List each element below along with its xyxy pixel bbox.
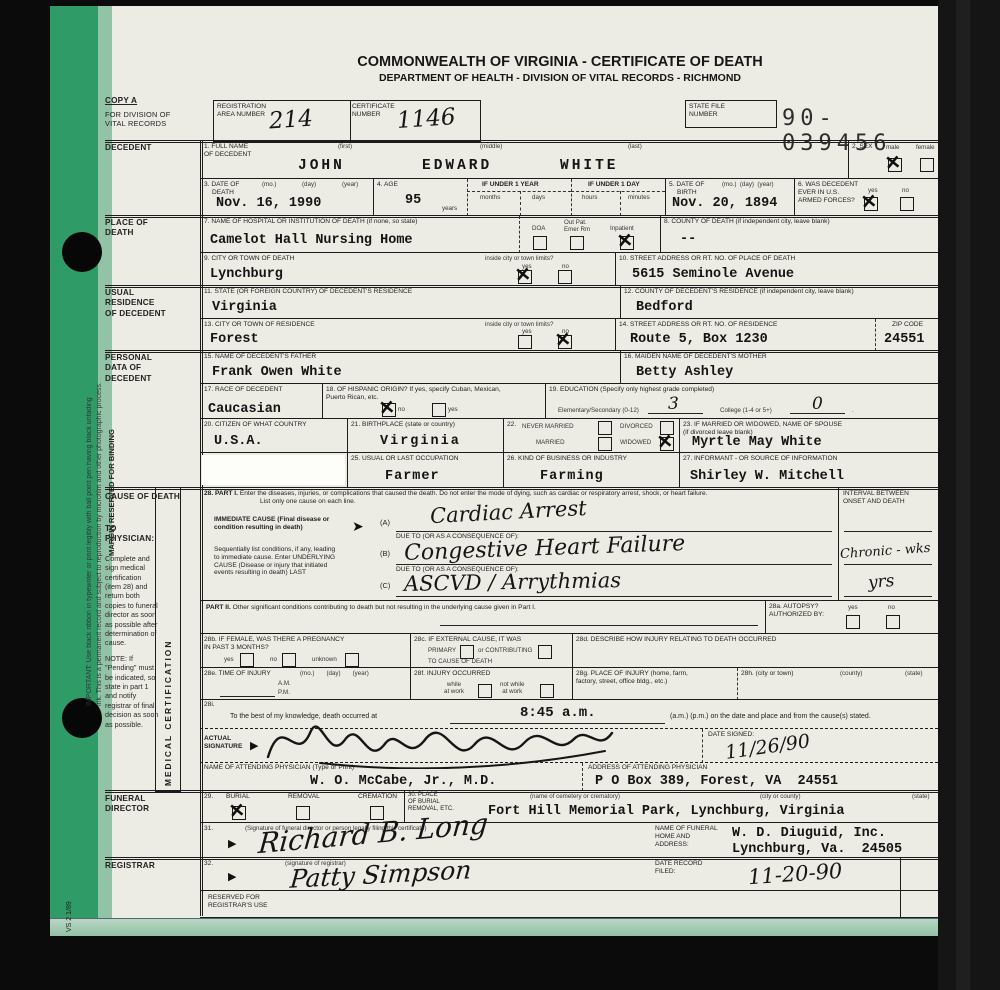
year-sublabel: (year): [342, 181, 358, 188]
cell-border: [794, 179, 795, 216]
date-of-birth-value: Nov. 20, 1894: [672, 196, 777, 211]
part2-head-label: PART II.: [206, 604, 231, 611]
section-label-personal-data: PERSONAL DATA OF DECEDENT: [105, 353, 197, 384]
never-married-checkbox: [598, 421, 612, 435]
physician-name-value: W. O. McCabe, Jr., M.D.: [310, 774, 496, 789]
pregnancy-yes-sublabel: yes: [224, 656, 234, 663]
street-of-death-label: 10. STREET ADDRESS OR RT. NO. OF PLACE O…: [619, 255, 795, 263]
registrar-num: 32.: [204, 860, 213, 868]
limits-no-checkbox: [558, 270, 572, 284]
row-state-residence: 11. STATE (OR FOREIGN COUNTRY) OF DECEDE…: [200, 285, 938, 319]
cell-border: [322, 384, 323, 419]
occupation-value: Farmer: [385, 469, 440, 484]
row-28bcd: 28b. IF FEMALE, WAS THERE A PREGNANCY IN…: [200, 633, 938, 668]
cell-border: [582, 763, 583, 791]
divider: [467, 191, 571, 192]
row-hospital: 7. NAME OF HOSPITAL OR INSTITUTION OF DE…: [200, 215, 938, 253]
limits-no-sublabel: no: [562, 263, 569, 270]
funeral-home-line2: Lynchburg, Va. 24505: [732, 842, 902, 857]
divorced-sublabel: DIVORCED: [620, 423, 653, 430]
citizen-label: 20. CITIZEN OF WHAT COUNTRY: [204, 421, 307, 429]
mo-sublabel: (mo.): [262, 181, 276, 188]
row-signature: ACTUAL SIGNATURE ▶ DATE SIGNED: 11/26/90: [200, 728, 938, 763]
write-line-b: [396, 564, 832, 565]
part1-block: 28. PART I. Enter the diseases, injuries…: [200, 487, 938, 601]
name-last-value: WHITE: [560, 158, 619, 174]
not-while-at-work-sublabel: not while at work: [500, 681, 524, 695]
marital-num: 22.: [507, 421, 516, 429]
city-of-death-value: Lynchburg: [210, 267, 283, 282]
state-sublabel: (state): [912, 793, 930, 800]
occupation-label: 25. USUAL OR LAST OCCUPATION: [351, 455, 458, 463]
certificate-number-box: CERTIFICATE NUMBER 1146: [349, 100, 481, 142]
statement-num: 28i.: [204, 701, 215, 709]
cause-c-value: ASCVD / Arrythmias: [404, 568, 621, 596]
section-label-place-of-death: PLACE OF DEATH: [105, 218, 197, 239]
physician-address-label: ADDRESS OF ATTENDING PHYSICIAN: [588, 764, 707, 772]
part2-write-line: [440, 625, 758, 626]
death-certificate-page: IMPORTANT: Use black ribbon in typewrite…: [50, 6, 938, 936]
injury-county-sublabel: (county): [840, 670, 862, 677]
reserved-label: RESERVED FOR REGISTRAR'S USE: [208, 894, 268, 910]
line-c-label: (C): [380, 582, 390, 591]
inpatient-checkbox: [620, 236, 634, 250]
row-28efgh: 28e. TIME OF INJURY (mo.) (day) (year) A…: [200, 667, 938, 700]
dob-sublabels: (mo.) (day) (year): [722, 181, 774, 188]
informant-value: Shirley W. Mitchell: [690, 469, 844, 484]
row-physician: NAME OF ATTENDING PHYSICIAN (Type or Pri…: [200, 762, 938, 791]
armed-forces-yes-checkbox: [864, 197, 878, 211]
city-county-sublabel: (city or county): [760, 793, 801, 800]
time-write-line: [450, 723, 665, 724]
margin-important-text-line2: ink. This is a permanent record and subj…: [96, 306, 103, 706]
not-while-at-work-checkbox: [540, 684, 554, 698]
age-value: 95: [405, 193, 421, 208]
state-file-number-box: STATE FILE NUMBER: [685, 100, 777, 128]
physician-address-value: P O Box 389, Forest, VA 24551: [595, 774, 838, 789]
medical-certification-strip: MEDICAL CERTIFICATION: [155, 487, 181, 792]
minutes-sublabel: minutes: [628, 194, 650, 201]
widowed-sublabel: WIDOWED: [620, 439, 651, 446]
registration-area-number-box: REGISTRATION AREA NUMBER 214: [213, 100, 351, 142]
certificate-number-label: CERTIFICATE NUMBER: [352, 103, 395, 119]
for-division-label: FOR DIVISION OF VITAL RECORDS: [105, 110, 197, 129]
cemetery-sublabel: (name of cemetery or crematory): [530, 793, 620, 800]
registration-area-number-value: 214: [268, 106, 314, 135]
place-of-injury-label: 28g. PLACE OF INJURY (home, farm, factor…: [576, 670, 688, 686]
hospital-label: 7. NAME OF HOSPITAL OR INSTITUTION OF DE…: [204, 218, 417, 226]
row-28i: 28i. To the best of my knowledge, death …: [200, 699, 938, 729]
cell-border: [467, 179, 468, 216]
cell-border: [702, 729, 703, 763]
birthplace-label: 21. BIRTHPLACE (state or country): [351, 421, 455, 429]
row-citizen-marital: 20. CITIZEN OF WHAT COUNTRY U.S.A. 21. B…: [200, 418, 938, 453]
pregnancy-unknown-sublabel: unknown: [312, 656, 337, 663]
removal-checkbox: [296, 806, 310, 820]
write-line-a: [396, 531, 832, 532]
pending-note: NOTE: If "Pending" must be indicated, so…: [105, 654, 197, 729]
cremation-sublabel: CREMATION: [358, 793, 397, 801]
cell-border: [519, 216, 520, 253]
cell-border: [900, 858, 901, 891]
education-label: 19. EDUCATION (Specify only highest grad…: [549, 386, 714, 394]
interval-column-border: [838, 488, 839, 601]
mother-value: Betty Ashley: [636, 365, 733, 380]
cell-border: [347, 453, 348, 488]
if-under-1-day-label: IF UNDER 1 DAY: [588, 181, 640, 189]
date-of-death-label: 3. DATE OF: [204, 181, 239, 189]
section-label-registrar: REGISTRAR: [105, 861, 197, 871]
row-race-education: 17. RACE OF DECEDENT Caucasian 18. OF HI…: [200, 383, 938, 419]
pregnancy-no-sublabel: no: [270, 656, 277, 663]
cell-border: [765, 601, 766, 634]
funeral-home-line1: W. D. Diuguid, Inc.: [732, 826, 886, 841]
date-signed-label: DATE SIGNED:: [708, 731, 754, 739]
line-a-label: (A): [380, 519, 390, 528]
injury-state-sublabel: (state): [905, 670, 923, 677]
injury-city-label: 28h. (city or town): [741, 670, 793, 678]
day-sublabel: (day): [302, 181, 316, 188]
write-line: [220, 696, 275, 697]
city-of-death-label: 9. CITY OR TOWN OF DEATH: [204, 255, 294, 263]
street-residence-value: Route 5, Box 1230: [630, 332, 768, 347]
arrow-icon: ➤: [352, 518, 364, 535]
interval-c-value: yrs: [867, 571, 895, 593]
injury-occurred-label: 28f. INJURY OCCURRED: [414, 670, 490, 678]
row-parents: 15. NAME OF DECEDENT'S FATHER Frank Owen…: [200, 350, 938, 384]
cell-border: [410, 634, 411, 668]
part2-block: PART II. Other significant conditions co…: [200, 600, 938, 634]
state-residence-label: 11. STATE (OR FOREIGN COUNTRY) OF DECEDE…: [204, 288, 412, 296]
race-value: Caucasian: [208, 402, 281, 417]
education-period: .: [852, 407, 854, 414]
age-unit-label: years: [442, 205, 457, 212]
cell-border: [347, 419, 348, 453]
hospital-value: Camelot Hall Nursing Home: [210, 233, 413, 248]
cell-border: [503, 453, 504, 488]
am-sublabel: A.M.: [278, 680, 291, 687]
outpatient-sublabel: Out Pat. Emer Rm: [564, 219, 590, 233]
removal-sublabel: REMOVAL: [288, 793, 320, 801]
cell-border: [620, 351, 621, 384]
never-married-sublabel: NEVER MARRIED: [522, 423, 574, 430]
industry-value: Farming: [540, 469, 604, 484]
limits-label: inside city or town limits?: [485, 321, 553, 328]
cell-border: [900, 891, 901, 917]
days-sublabel: days: [532, 194, 545, 201]
row-registrar: 32. (signature of registrar) ▶ Patty Sim…: [200, 857, 938, 891]
part1-head-text: Enter the diseases, injuries, or complic…: [240, 490, 708, 497]
zip-label: ZIP CODE: [892, 321, 923, 329]
cell-border: [737, 668, 738, 700]
armed-forces-no-sublabel: no: [902, 187, 909, 194]
cause-a-value: Cardiac Arrest: [429, 496, 587, 528]
zip-value: 24551: [884, 332, 925, 347]
interval-line-c: [844, 596, 932, 597]
citizen-value: U.S.A.: [214, 434, 263, 449]
divider: [620, 191, 621, 216]
informant-label: 27. INFORMANT - OR SOURCE OF INFORMATION: [683, 455, 837, 463]
doa-sublabel: DOA: [532, 225, 545, 232]
education-college-label: College (1-4 or 5+): [720, 407, 772, 414]
interval-b-value: Chronic - wks: [840, 541, 931, 562]
county-of-death-label: 8. COUNTY OF DEATH (if independent city,…: [664, 218, 830, 226]
street-of-death-value: 5615 Seminole Avenue: [632, 267, 794, 282]
street-residence-label: 14. STREET ADDRESS OR RT. NO. OF RESIDEN…: [619, 321, 777, 329]
while-at-work-sublabel: while at work: [444, 681, 464, 695]
funeral-home-label: NAME OF FUNERAL HOME AND ADDRESS:: [655, 825, 718, 848]
copy-label: COPY A: [105, 96, 197, 106]
state-file-number-label: STATE FILE NUMBER: [689, 103, 725, 119]
medical-certification-label: MEDICAL CERTIFICATION: [163, 496, 173, 786]
statement-post: (a.m.) (p.m.) on the date and place and …: [670, 713, 871, 720]
if-under-1-year-label: IF UNDER 1 YEAR: [482, 181, 539, 189]
section-label-to-physician: TO PHYSICIAN:: [105, 524, 197, 545]
divider: [571, 191, 665, 192]
autopsy-no-sublabel: no: [888, 604, 895, 611]
fd-arrow-icon: ▶: [228, 837, 236, 850]
sex-label: 2. SEX: [852, 143, 873, 151]
signature-arrow-icon: ▶: [250, 739, 258, 752]
contributing-checkbox: [538, 645, 552, 659]
row-funeral-director: 31. (Signature of funeral director or pe…: [200, 822, 938, 858]
autopsy-yes-sublabel: yes: [848, 604, 858, 611]
name-first-value: JOHN: [298, 158, 345, 174]
fd-num: 31.: [204, 825, 213, 833]
while-at-work-checkbox: [478, 684, 492, 698]
education-college-value: 0: [812, 394, 823, 414]
margin-important-text-line1: IMPORTANT: Use black ribbon in typewrite…: [86, 306, 93, 706]
to-cause-sublabel: TO CAUSE OF DEATH: [428, 658, 492, 665]
middle-sublabel: (middle): [480, 143, 502, 150]
father-label: 15. NAME OF DECEDENT'S FATHER: [204, 353, 316, 361]
cell-border: [848, 141, 849, 179]
section-label-funeral-director: FUNERAL DIRECTOR: [105, 794, 197, 815]
how-injury-label: 28d. DESCRIBE HOW INJURY RELATING TO DEA…: [576, 636, 776, 644]
spouse-value: Myrtle May White: [692, 435, 822, 450]
last-sublabel: (last): [628, 143, 642, 150]
birthplace-value: Virginia: [380, 434, 461, 449]
full-name-label: 1. FULL NAME OF DECEDENT: [204, 143, 251, 159]
widowed-checkbox: [660, 437, 674, 451]
whiteout-patch: [202, 455, 345, 485]
part2-header: PART II. Other significant conditions co…: [206, 604, 758, 611]
autopsy-yes-checkbox: [846, 615, 860, 629]
time-of-injury-label: 28e. TIME OF INJURY: [204, 670, 271, 678]
line-b-label: (B): [380, 550, 390, 559]
place-of-burial-value: Fort Hill Memorial Park, Lynchburg, Virg…: [488, 804, 844, 819]
hispanic-label: 18. OF HISPANIC ORIGIN? If yes, specify …: [326, 386, 541, 402]
hispanic-no-checkbox: [382, 403, 396, 417]
cell-border: [679, 453, 680, 488]
pregnancy-no-checkbox: [282, 653, 296, 667]
cell-border: [679, 419, 680, 453]
date-of-death-value: Nov. 16, 1990: [216, 196, 321, 211]
cell-border: [620, 286, 621, 319]
immediate-cause-label: IMMEDIATE CAUSE (Final disease or condit…: [214, 516, 329, 532]
cell-border: [503, 419, 504, 453]
cell-border: [660, 216, 661, 253]
primary-checkbox: [460, 645, 474, 659]
row-date-of-death: 3. DATE OF (mo.) (day) (year) DEATH Nov.…: [200, 178, 938, 216]
limits-yes-checkbox: [518, 335, 532, 349]
hours-sublabel: hours: [582, 194, 597, 201]
write-line-c: [396, 596, 832, 597]
row-burial: 29. BURIAL REMOVAL CREMATION 30. PLACE O…: [200, 790, 938, 823]
city-residence-label: 13. CITY OR TOWN OF RESIDENCE: [204, 321, 315, 329]
married-checkbox: [598, 437, 612, 451]
date-filed-value: 11-20-90: [747, 859, 843, 890]
statement-pre: To the best of my knowledge, death occur…: [230, 713, 377, 720]
doa-checkbox: [533, 236, 547, 250]
county-of-death-value: --: [680, 232, 696, 247]
armed-forces-no-checkbox: [900, 197, 914, 211]
form-grid: REGISTRATION AREA NUMBER 214 CERTIFICATE…: [200, 6, 938, 936]
section-label-usual-residence: USUAL RESIDENCE OF DECEDENT: [105, 288, 197, 319]
part1-head-label: 28. PART I.: [204, 490, 238, 497]
sex-female-checkbox: [920, 158, 934, 172]
physician-name-label: NAME OF ATTENDING PHYSICIAN (Type or Pri…: [204, 764, 354, 772]
hispanic-no-sublabel: no: [398, 406, 405, 413]
cell-border: [615, 253, 616, 286]
sex-male-checkbox: [888, 158, 902, 172]
row-full-name: 1. FULL NAME OF DECEDENT (first) (middle…: [200, 140, 938, 179]
limits-yes-sublabel: yes: [522, 328, 532, 335]
pregnancy-unknown-checkbox: [345, 653, 359, 667]
part1-head-text2: List only one cause on each line.: [260, 498, 356, 506]
limits-label: inside city or town limits?: [485, 255, 553, 262]
sequential-label: Sequentially list conditions, if any, le…: [214, 546, 335, 577]
row-occupation: 25. USUAL OR LAST OCCUPATION Farmer 26. …: [200, 452, 938, 488]
physician-instructions: Complete and sign medical certification …: [105, 554, 197, 648]
registrar-arrow-icon: ▶: [228, 870, 236, 883]
date-filed-label: DATE RECORD FILED:: [655, 860, 703, 876]
form-code: VS 2 1/89: [66, 886, 73, 932]
pm-sublabel: P.M.: [278, 689, 290, 696]
limits-no-checkbox: [558, 335, 572, 349]
interval-line-b: [844, 564, 932, 565]
contributing-sublabel: or CONTRIBUTING: [478, 647, 532, 654]
autopsy-no-checkbox: [886, 615, 900, 629]
industry-label: 26. KIND OF BUSINESS OR INDUSTRY: [507, 455, 627, 463]
actual-signature-label: ACTUAL SIGNATURE: [204, 735, 242, 751]
cell-border: [615, 319, 616, 351]
cell-border: [665, 179, 666, 216]
row-reserved: RESERVED FOR REGISTRAR'S USE: [200, 890, 938, 918]
armed-forces-label: 6. WAS DECEDENT EVER IN U.S. ARMED FORCE…: [798, 181, 858, 204]
external-cause-label: 28c. IF EXTERNAL CAUSE, IT WAS: [414, 636, 521, 644]
primary-sublabel: PRIMARY: [428, 647, 456, 654]
education-elementary-value: 3: [668, 394, 679, 414]
interval-label: INTERVAL BETWEEN ONSET AND DEATH: [843, 490, 909, 506]
education-elementary-label: Elementary/Secondary (0-12): [558, 407, 639, 414]
months-sublabel: months: [480, 194, 500, 201]
cell-border: [875, 319, 876, 351]
sex-male-sublabel: male: [886, 144, 899, 151]
state-residence-value: Virginia: [212, 300, 277, 315]
part2-head-text: Other significant conditions contributin…: [233, 604, 536, 611]
age-label: 4. AGE: [377, 181, 398, 189]
race-label: 17. RACE OF DECEDENT: [204, 386, 282, 394]
married-sublabel: MARRIED: [536, 439, 565, 446]
burial-checkbox: [232, 806, 246, 820]
cell-border: [572, 634, 573, 668]
cell-border: [545, 384, 546, 419]
pregnancy-yes-checkbox: [240, 653, 254, 667]
time-of-death-value: 8:45 a.m.: [520, 705, 596, 721]
sex-female-sublabel: female: [916, 144, 935, 151]
row-city-residence: 13. CITY OR TOWN OF RESIDENCE Forest ins…: [200, 318, 938, 351]
hispanic-yes-sublabel: yes: [448, 406, 458, 413]
certificate-number-value: 1146: [396, 104, 456, 134]
section-label-decedent: DECEDENT: [105, 143, 197, 153]
scanner-background-stripe: [956, 0, 970, 990]
pregnancy-label: 28b. IF FEMALE, WAS THERE A PREGNANCY IN…: [204, 636, 344, 652]
father-value: Frank Owen White: [212, 365, 342, 380]
interval-line-a: [844, 531, 932, 532]
cell-border: [572, 668, 573, 700]
limits-yes-checkbox: [518, 270, 532, 284]
divider: [520, 191, 521, 216]
burial-num: 29.: [204, 793, 213, 801]
name-middle-value: EDWARD: [422, 158, 492, 174]
date-of-birth-label: 5. DATE OF: [669, 181, 704, 189]
hispanic-yes-checkbox: [432, 403, 446, 417]
time-of-injury-sublabels: (mo.) (day) (year): [300, 670, 369, 677]
row-city-of-death: 9. CITY OR TOWN OF DEATH Lynchburg insid…: [200, 252, 938, 286]
outpatient-checkbox: [570, 236, 584, 250]
cell-border: [571, 179, 572, 216]
part1-header: 28. PART I. Enter the diseases, injuries…: [204, 490, 834, 497]
county-residence-value: Bedford: [636, 300, 693, 315]
registration-area-number-label: REGISTRATION AREA NUMBER: [217, 103, 266, 119]
city-residence-value: Forest: [210, 332, 259, 347]
autopsy-label: 28a. AUTOPSY? AUTHORIZED BY:: [769, 603, 824, 619]
punch-hole-top: [62, 232, 102, 272]
mother-label: 16. MAIDEN NAME OF DECEDENT'S MOTHER: [624, 353, 767, 361]
cell-border: [373, 179, 374, 216]
cell-border: [410, 668, 411, 700]
first-sublabel: (first): [338, 143, 352, 150]
county-residence-label: 12. COUNTY OF DECEDENT'S RESIDENCE (if i…: [624, 288, 854, 296]
